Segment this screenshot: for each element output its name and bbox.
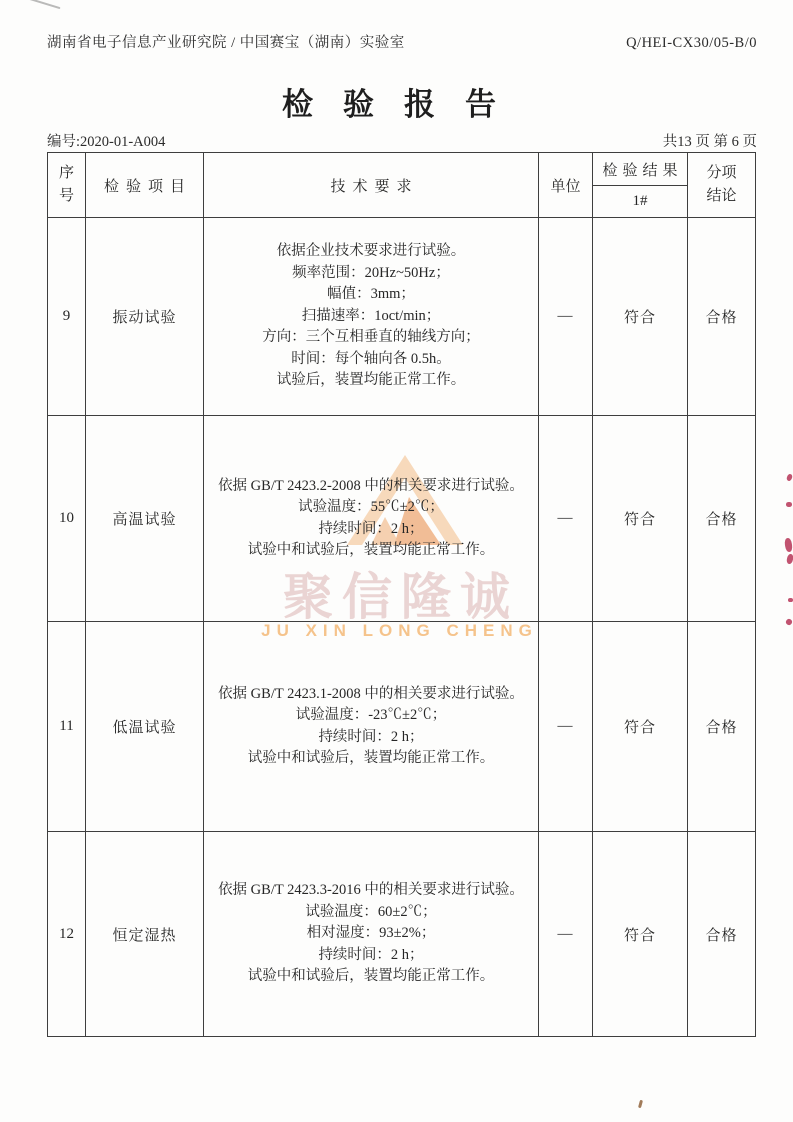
row-conclusion: 合格 [688,622,756,832]
report-number: 编号:2020-01-A004 [47,130,165,151]
row-unit: — [539,832,593,1037]
row-requirement: 依据 GB/T 2423.2-2008 中的相关要求进行试验。 试验温度：55℃… [204,416,539,622]
table-row: 10 高温试验 依据 GB/T 2423.2-2008 中的相关要求进行试验。 … [48,416,756,622]
pen-scratch-mark [25,0,60,9]
page-indicator: 共13 页 第 6 页 [663,130,757,151]
stamp-mark [786,473,793,481]
report-page: 聚信隆诚 JU XIN LONG CHENG 湖南省电子信息产业研究院 / 中国… [0,0,793,1122]
stamp-mark [786,502,792,507]
row-item: 振动试验 [86,218,204,416]
row-result: 符合 [593,416,688,622]
stamp-mark [788,598,793,602]
row-item: 恒定湿热 [86,832,204,1037]
stamp-mark [786,553,793,564]
row-seq: 11 [48,622,86,832]
meta-row: 编号:2020-01-A004 共13 页 第 6 页 [47,130,757,151]
ink-speck [638,1100,643,1109]
row-seq: 10 [48,416,86,622]
row-result: 符合 [593,832,688,1037]
page-title: 检验报告 [0,79,793,124]
header-seq: 序号 [48,153,86,218]
row-conclusion: 合格 [688,416,756,622]
header-result-group: 检验结果 [593,153,688,186]
row-requirement: 依据 GB/T 2423.1-2008 中的相关要求进行试验。 试验温度：-23… [204,622,539,832]
document-code: Q/HEI-CX30/05-B/0 [626,35,757,52]
row-result: 符合 [593,622,688,832]
row-unit: — [539,622,593,832]
table-row: 12 恒定湿热 依据 GB/T 2423.3-2016 中的相关要求进行试验。 … [48,832,756,1037]
document-header: 湖南省电子信息产业研究院 / 中国赛宝（湖南）实验室 Q/HEI-CX30/05… [47,31,757,52]
stamp-mark [785,618,793,626]
header-item: 检验项目 [86,153,204,218]
row-result: 符合 [593,218,688,416]
header-sample-1: 1# [593,186,688,218]
row-requirement: 依据企业技术要求进行试验。 频率范围：20Hz~50Hz； 幅值：3mm； 扫描… [204,218,539,416]
row-conclusion: 合格 [688,832,756,1037]
row-unit: — [539,416,593,622]
row-requirement: 依据 GB/T 2423.3-2016 中的相关要求进行试验。 试验温度：60±… [204,832,539,1037]
row-unit: — [539,218,593,416]
table-row: 9 振动试验 依据企业技术要求进行试验。 频率范围：20Hz~50Hz； 幅值：… [48,218,756,416]
stamp-mark [784,538,793,553]
row-conclusion: 合格 [688,218,756,416]
table-row: 11 低温试验 依据 GB/T 2423.1-2008 中的相关要求进行试验。 … [48,622,756,832]
header-requirement: 技术要求 [204,153,539,218]
lab-name: 湖南省电子信息产业研究院 / 中国赛宝（湖南）实验室 [47,31,405,52]
header-unit: 单位 [539,153,593,218]
row-seq: 12 [48,832,86,1037]
header-conclusion: 分项结论 [688,153,756,218]
row-item: 高温试验 [86,416,204,622]
inspection-results-table: 序号 检验项目 技术要求 单位 检验结果 分项结论 1# 9 振动试验 依据企业… [47,152,756,1037]
row-item: 低温试验 [86,622,204,832]
row-seq: 9 [48,218,86,416]
